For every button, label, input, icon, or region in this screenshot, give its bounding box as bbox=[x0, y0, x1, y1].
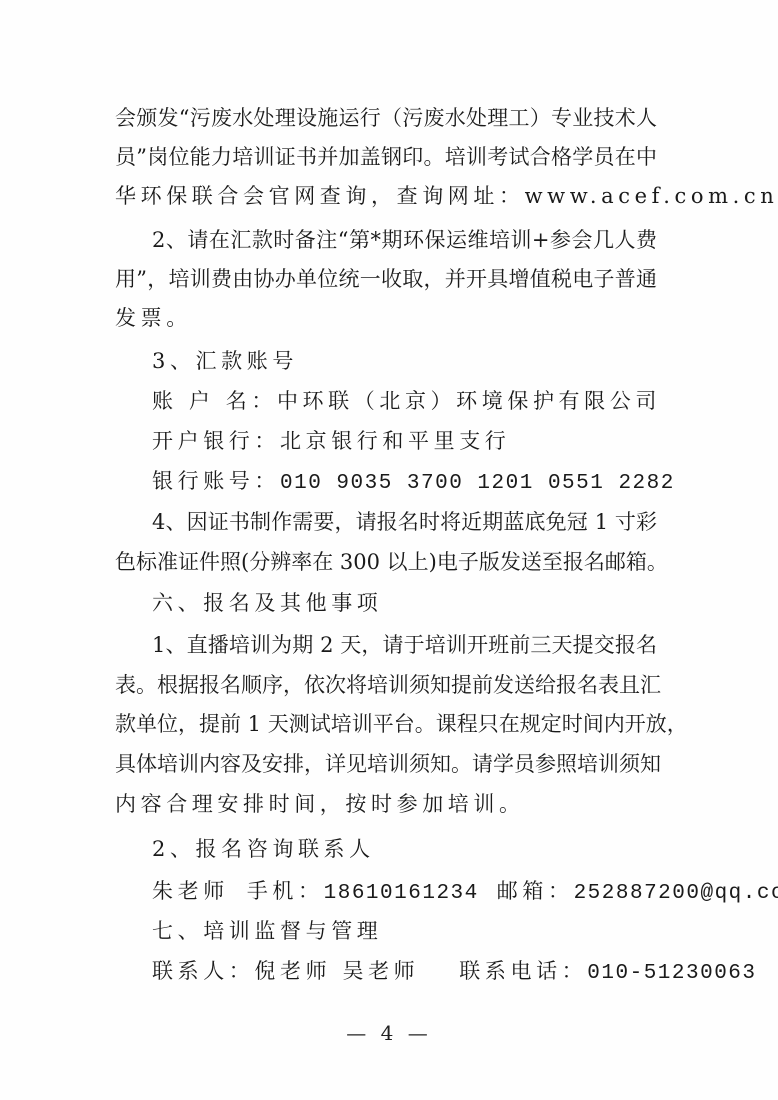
paragraph-line: 用”，培训费由协办单位统一收取，并开具增值税电子普通 bbox=[115, 265, 657, 293]
contact-row: 朱老师手机：18610161234邮箱：252887200@qq.com bbox=[152, 877, 778, 908]
paragraph-line: 员”岗位能力培训证书并加盖钢印。培训考试合格学员在中 bbox=[115, 143, 657, 171]
section-heading-remittance-account: 3、汇款账号 bbox=[152, 347, 298, 375]
bank-name-row: 开户银行：北京银行和平里支行 bbox=[152, 427, 510, 455]
section-heading-contact: 2、报名咨询联系人 bbox=[152, 835, 375, 863]
account-number-label: 银行账号： bbox=[152, 469, 280, 493]
email-label: 邮箱： bbox=[497, 879, 574, 903]
paragraph-line: 表。根据报名顺序，依次将培训须知提前发送给报名表且汇 bbox=[115, 671, 657, 699]
document-page: 会颁发“污废水处理设施运行（污废水处理工）专业技术人 员”岗位能力培训证书并加盖… bbox=[0, 0, 778, 1100]
account-number-row: 银行账号：010 9035 3700 1201 0551 2282 bbox=[152, 467, 675, 498]
phone-value: 18610161234 bbox=[324, 882, 479, 905]
supervision-phone-label: 联系电话： bbox=[459, 959, 587, 983]
paragraph-line: 款单位，提前 1 天测试培训平台。课程只在规定时间内开放， bbox=[115, 710, 657, 738]
account-number-value: 010 9035 3700 1201 0551 2282 bbox=[280, 472, 675, 495]
account-name-label: 账 户 名： bbox=[152, 389, 277, 413]
account-name-value: 中环联（北京）环境保护有限公司 bbox=[277, 389, 661, 413]
paragraph-line: 1、直播培训为期 2 天，请于培训开班前三天提交报名 bbox=[152, 631, 657, 659]
supervision-phone-value: 010-51230063 bbox=[587, 962, 756, 985]
supervision-contact-label: 联系人： bbox=[152, 959, 254, 983]
section-heading-supervision: 七、培训监督与管理 bbox=[152, 917, 382, 945]
page-number: — 4 — bbox=[0, 1020, 778, 1046]
paragraph-line: 发票。 bbox=[115, 304, 192, 332]
paragraph-line: 色标准证件照(分辨率在 300 以上)电子版发送至报名邮箱。 bbox=[115, 548, 657, 576]
paragraph-line: 内容合理安排时间，按时参加培训。 bbox=[115, 790, 525, 818]
section-heading-registration: 六、报名及其他事项 bbox=[152, 589, 382, 617]
phone-label: 手机： bbox=[247, 879, 324, 903]
account-name-row: 账 户 名：中环联（北京）环境保护有限公司 bbox=[152, 387, 661, 415]
supervision-contact-value: 倪老师 吴老师 bbox=[254, 959, 419, 983]
paragraph-line: 4、因证书制作需要，请报名时将近期蓝底免冠 1 寸彩 bbox=[152, 508, 657, 536]
paragraph-line-website: 华环保联合会官网查询，查询网址：www.acef.com.cn bbox=[115, 182, 778, 210]
paragraph-line: 2、请在汇款时备注“第*期环保运维培训+参会几人费 bbox=[152, 226, 657, 254]
supervision-contact-row: 联系人：倪老师 吴老师联系电话：010-51230063 bbox=[152, 957, 757, 988]
bank-name-value: 北京银行和平里支行 bbox=[280, 429, 510, 453]
bank-name-label: 开户银行： bbox=[152, 429, 280, 453]
paragraph-line: 会颁发“污废水处理设施运行（污废水处理工）专业技术人 bbox=[115, 104, 657, 132]
email-value: 252887200@qq.com bbox=[574, 882, 778, 905]
contact-person: 朱老师 bbox=[152, 879, 229, 903]
paragraph-line: 具体培训内容及安排，详见培训须知。请学员参照培训须知 bbox=[115, 750, 657, 778]
